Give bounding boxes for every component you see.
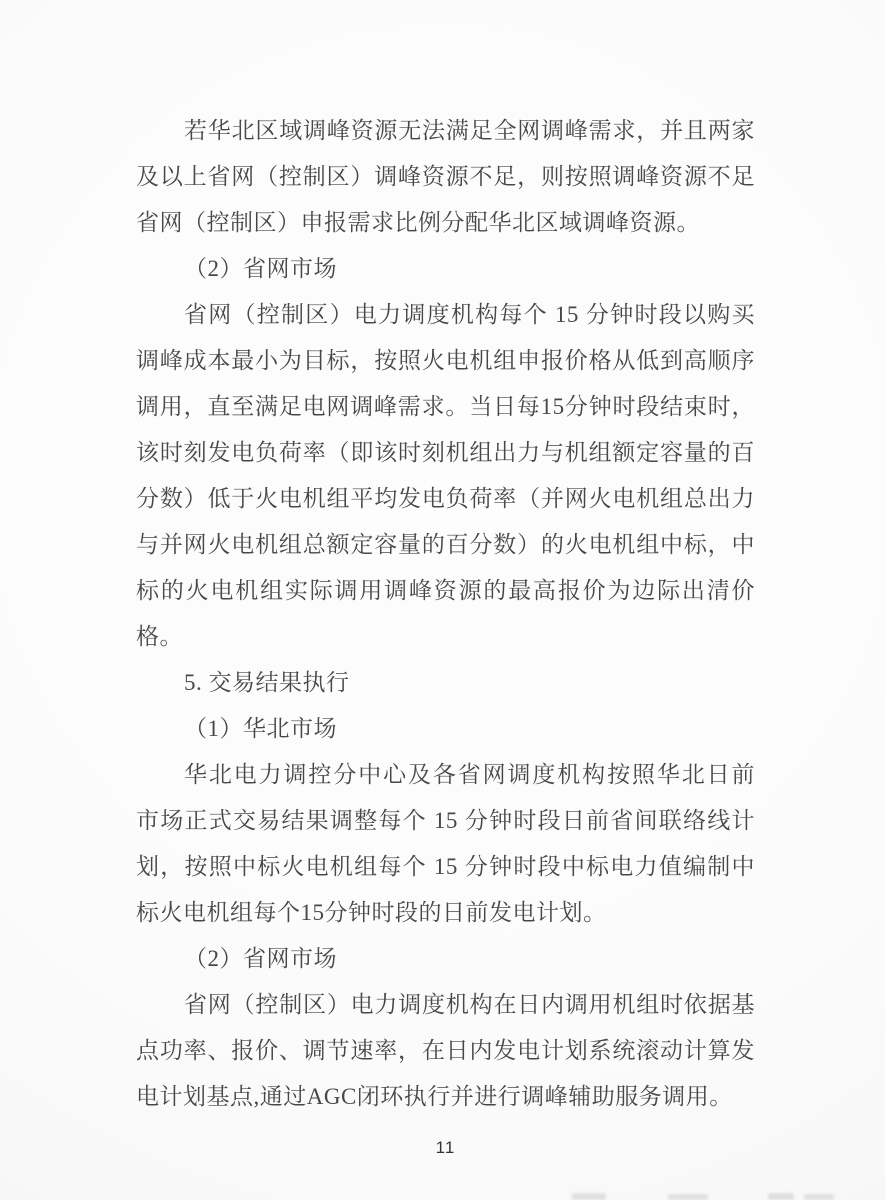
text-line: 该时刻发电负荷率（即该时刻机组出力与机组额定容量的百 [136,430,755,476]
scan-artifact-mark [804,1194,834,1200]
text-line: 5. 交易结果执行 [136,660,755,706]
body-paragraph: 省网（控制区）电力调度机构每个 15 分钟时段以购买调峰成本最小为目标，按照火电… [136,292,755,660]
text-line: 标的火电机组实际调用调峰资源的最高报价为边际出清价 [136,568,755,614]
text-line: （2）省网市场 [136,936,755,982]
heading-paragraph: （2）省网市场 [136,936,755,982]
text-line: 标火电机组每个15分钟时段的日前发电计划。 [136,890,755,936]
text-line: 调用，直至满足电网调峰需求。当日每15分钟时段结束时， [136,384,755,430]
text-line: 市场正式交易结果调整每个 15 分钟时段日前省间联络线计 [136,798,755,844]
text-line: （1）华北市场 [136,706,755,752]
text-line: 电计划基点,通过AGC闭环执行并进行调峰辅助服务调用。 [136,1074,755,1120]
scan-artifact-mark [572,1193,606,1200]
text-line: 省网（控制区）申报需求比例分配华北区域调峰资源。 [136,200,755,246]
body-paragraph: 省网（控制区）电力调度机构在日内调用机组时依据基点功率、报价、调节速率，在日内发… [136,982,755,1120]
text-line: 及以上省网（控制区）调峰资源不足，则按照调峰资源不足 [136,154,755,200]
text-line: 若华北区域调峰资源无法满足全网调峰需求，并且两家 [136,108,755,154]
body-paragraph: 华北电力调控分中心及各省网调度机构按照华北日前市场正式交易结果调整每个 15 分… [136,752,755,936]
text-line: 华北电力调控分中心及各省网调度机构按照华北日前 [136,752,755,798]
text-line: 划，按照中标火电机组每个 15 分钟时段中标电力值编制中 [136,844,755,890]
scan-artifact-mark [668,1194,708,1200]
heading-paragraph: （1）华北市场 [136,706,755,752]
text-line: 省网（控制区）电力调度机构每个 15 分钟时段以购买 [136,292,755,338]
text-line: 点功率、报价、调节速率，在日内发电计划系统滚动计算发 [136,1028,755,1074]
document-page: 若华北区域调峰资源无法满足全网调峰需求，并且两家及以上省网（控制区）调峰资源不足… [0,0,885,1200]
heading-paragraph: 5. 交易结果执行 [136,660,755,706]
text-line: 省网（控制区）电力调度机构在日内调用机组时依据基 [136,982,755,1028]
text-block: 若华北区域调峰资源无法满足全网调峰需求，并且两家及以上省网（控制区）调峰资源不足… [136,108,755,1120]
text-line: （2）省网市场 [136,246,755,292]
text-line: 与并网火电机组总额定容量的百分数）的火电机组中标，中 [136,522,755,568]
text-line: 调峰成本最小为目标，按照火电机组申报价格从低到高顺序 [136,338,755,384]
heading-paragraph: （2）省网市场 [136,246,755,292]
page-number: 11 [136,1138,755,1158]
body-paragraph: 若华北区域调峰资源无法满足全网调峰需求，并且两家及以上省网（控制区）调峰资源不足… [136,108,755,246]
scan-artifact-mark [768,1193,794,1200]
text-line: 分数）低于火电机组平均发电负荷率（并网火电机组总出力 [136,476,755,522]
text-line: 格。 [136,614,755,660]
